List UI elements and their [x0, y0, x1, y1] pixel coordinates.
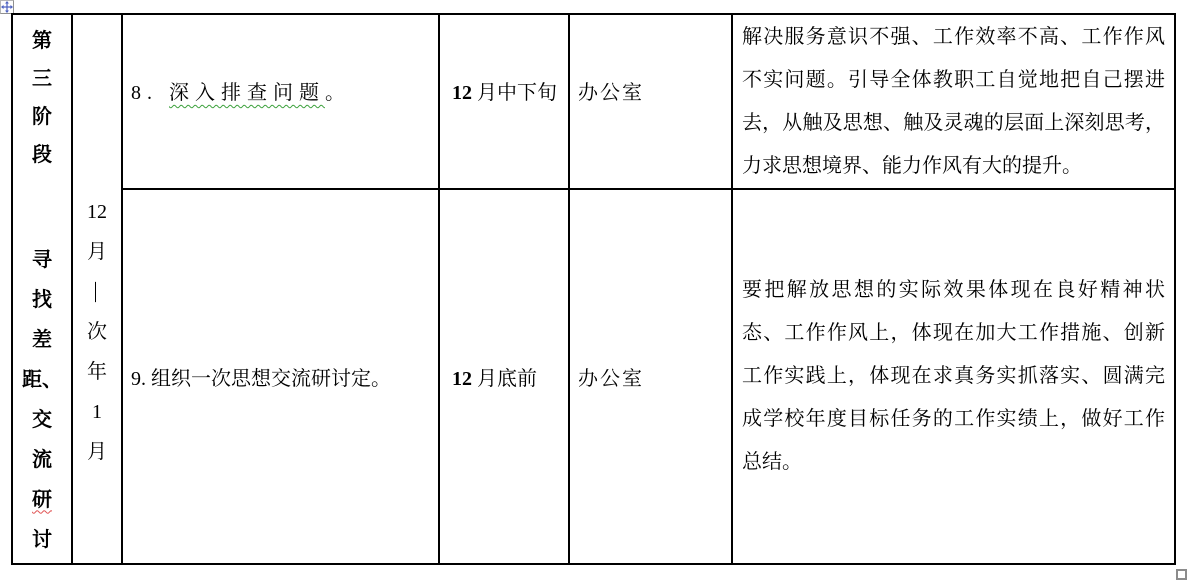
stage-phase-char: 第: [13, 22, 71, 60]
task-cell-row1[interactable]: 8. 深入排查问题。: [122, 14, 439, 189]
task-text-grammar-marked: 深入排查问题: [169, 82, 325, 104]
task-number: 8.: [131, 82, 169, 104]
work-plan-table: 第 三 阶 段 寻 找 差 距、 交 流 研 讨: [11, 13, 1176, 565]
detail-line: 成学校年度目标任务的工作实绩上，做好工作: [742, 398, 1165, 441]
stage-title-char: 距、: [13, 360, 71, 400]
period-dash: —: [77, 268, 117, 316]
stage-title-char: 寻: [13, 240, 71, 280]
stage-phase-char: 段: [13, 136, 71, 174]
period-cell[interactable]: 12 月 — 次 年 1 月: [72, 14, 122, 564]
detail-line: 去，从触及思想、触及灵魂的层面上深刻思考，: [742, 102, 1165, 145]
detail-line: 要把解放思想的实际效果体现在良好精神状: [742, 269, 1165, 312]
stage-title-char: 研: [13, 480, 71, 520]
task-text-end: 组织一次思想交流研讨定。: [151, 368, 391, 390]
time-cell-row2[interactable]: 12 月底前: [439, 189, 569, 564]
table-move-handle[interactable]: [0, 0, 14, 14]
stage-phase-char: 阶: [13, 98, 71, 136]
period-char: 年: [73, 352, 121, 392]
period-char: 次: [73, 312, 121, 352]
detail-cell-row2[interactable]: 要把解放思想的实际效果体现在良好精神状 态、工作作风上，体现在加大工作措施、创新…: [732, 189, 1175, 564]
table-row: 9. 组织一次思想交流研讨定。 12 月底前 办公室 要把解放思想的实际效果体现…: [12, 189, 1175, 564]
stage-title-char: 差: [13, 320, 71, 360]
detail-line: 态、工作作风上，体现在加大工作措施、创新: [742, 312, 1165, 355]
stage-title-char: 流: [13, 440, 71, 480]
document-canvas: 第 三 阶 段 寻 找 差 距、 交 流 研 讨: [0, 0, 1192, 585]
time-number: 12: [452, 82, 472, 104]
detail-cell-row1[interactable]: 解决服务意识不强、工作效率不高、工作作风 不实问题。引导全体教职工自觉地把自己摆…: [732, 14, 1175, 189]
period-char: 月: [73, 432, 121, 472]
table-resize-handle[interactable]: [1176, 569, 1187, 580]
stage-cell[interactable]: 第 三 阶 段 寻 找 差 距、 交 流 研 讨: [12, 14, 72, 564]
stage-title-char: 找: [13, 280, 71, 320]
detail-line: 力求思想境界、能力作风有大的提升。: [742, 145, 1165, 188]
owner-label: 办公室: [578, 82, 644, 104]
table-row: 第 三 阶 段 寻 找 差 距、 交 流 研 讨: [12, 14, 1175, 189]
detail-line: 工作实践上，体现在求真务实抓落实、圆满完: [742, 355, 1165, 398]
owner-label: 办公室: [578, 368, 644, 390]
period-label: 12 月 — 次 年 1 月: [73, 192, 121, 472]
period-char: 1: [73, 392, 121, 432]
owner-cell-row2[interactable]: 办公室: [569, 189, 732, 564]
stage-phase-label: 第 三 阶 段: [13, 22, 71, 174]
task-cell-row2[interactable]: 9. 组织一次思想交流研讨定。: [122, 189, 439, 564]
stage-title-char: 交: [13, 400, 71, 440]
stage-title-label: 寻 找 差 距、 交 流 研 讨: [13, 240, 71, 560]
stage-title-char: 讨: [13, 520, 71, 560]
move-arrows-icon: [1, 1, 13, 13]
stage-phase-char: 三: [13, 60, 71, 98]
period-char: 12: [73, 192, 121, 232]
time-cell-row1[interactable]: 12 月中下旬: [439, 14, 569, 189]
time-number: 12: [452, 368, 472, 390]
detail-line: 不实问题。引导全体教职工自觉地把自己摆进: [742, 59, 1165, 102]
task-text-end: 。: [325, 82, 351, 104]
detail-line: 解决服务意识不强、工作效率不高、工作作风: [742, 16, 1165, 59]
owner-cell-row1[interactable]: 办公室: [569, 14, 732, 189]
task-number: 9.: [131, 368, 151, 390]
period-char: 月: [73, 232, 121, 272]
detail-line: 总结。: [742, 441, 1165, 484]
time-unit: 月中下旬: [472, 82, 557, 104]
time-unit: 月底前: [472, 368, 537, 390]
